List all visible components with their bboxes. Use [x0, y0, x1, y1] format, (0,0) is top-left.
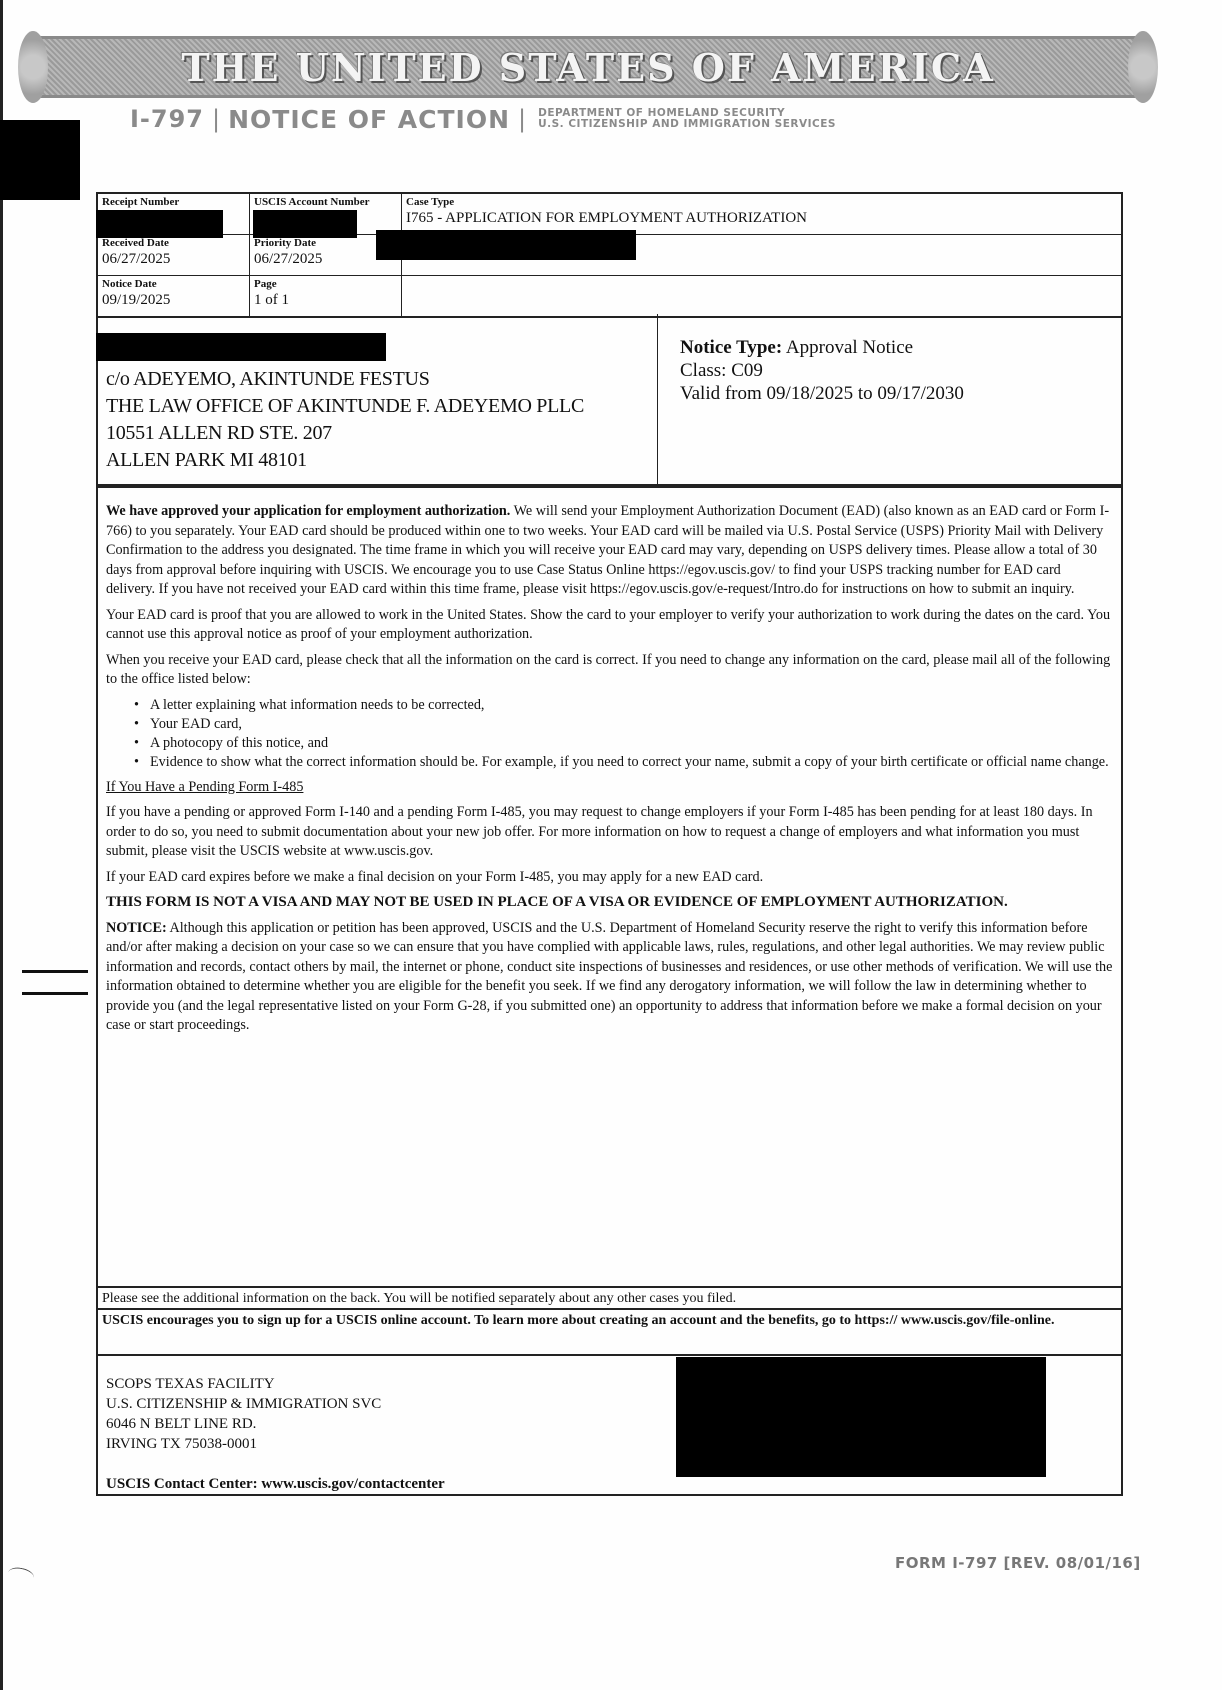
receipt-number-redaction — [96, 210, 223, 238]
not-a-visa-warning: THIS FORM IS NOT A VISA AND MAY NOT BE U… — [106, 893, 1113, 913]
department-line2: U.S. CITIZENSHIP AND IMMIGRATION SERVICE… — [538, 118, 836, 130]
header-banner: THE UNITED STATES OF AMERICA — [38, 36, 1138, 98]
list-item: A letter explaining what information nee… — [134, 696, 1113, 715]
recipient-name-redaction — [96, 333, 386, 361]
notice-text: Although this application or petition ha… — [106, 920, 1112, 1034]
notice-type-label: Notice Type: — [680, 337, 782, 358]
barcode-redaction — [676, 1357, 1046, 1477]
approval-lead: We have approved your application for em… — [106, 503, 510, 519]
received-date-cell: Received Date 06/27/2025 — [98, 235, 250, 275]
approval-paragraph: We have approved your application for em… — [106, 502, 1113, 600]
notice-date-cell: Notice Date 09/19/2025 — [98, 276, 250, 316]
notice-summary: Notice Type: Approval Notice Class: C09 … — [658, 314, 1121, 484]
correction-paragraph: When you receive your EAD card, please c… — [106, 651, 1113, 690]
page-value: 1 of 1 — [254, 291, 397, 310]
margin-mark — [22, 970, 88, 973]
form-title-row: I-797 | NOTICE OF ACTION | DEPARTMENT OF… — [130, 104, 836, 134]
address-line: c/o ADEYEMO, AKINTUNDE FESTUS — [106, 366, 657, 393]
verification-notice: NOTICE: Although this application or pet… — [106, 919, 1113, 1036]
online-account-strip: USCIS encourages you to sign up for a US… — [96, 1310, 1123, 1356]
scan-mark — [7, 1565, 35, 1584]
notice-label: NOTICE: — [106, 920, 167, 936]
case-type-cell: Case Type I765 - APPLICATION FOR EMPLOYM… — [402, 194, 1121, 234]
form-title: NOTICE OF ACTION — [228, 105, 510, 134]
pending-i485-paragraph: If you have a pending or approved Form I… — [106, 803, 1113, 862]
case-type-value: I765 - APPLICATION FOR EMPLOYMENT AUTHOR… — [406, 209, 1117, 228]
list-item: A photocopy of this notice, and — [134, 734, 1113, 753]
case-type-label: Case Type — [406, 196, 1117, 209]
address-line: 10551 ALLEN RD STE. 207 — [106, 420, 657, 447]
info-row: Notice Date 09/19/2025 Page 1 of 1 — [98, 276, 1121, 316]
notice-type-value: Approval Notice — [786, 337, 913, 358]
redaction-block — [0, 120, 80, 200]
title-separator: | — [212, 105, 220, 133]
page-label: Page — [254, 278, 397, 291]
form-number: I-797 — [130, 105, 204, 133]
receipt-number-label: Receipt Number — [102, 196, 245, 209]
title-separator: | — [518, 105, 526, 133]
applicant-redaction — [442, 230, 636, 244]
notice-date-label: Notice Date — [102, 278, 245, 291]
margin-mark — [22, 992, 88, 995]
correction-list: A letter explaining what information nee… — [134, 696, 1113, 772]
additional-info-strip: Please see the additional information on… — [96, 1288, 1123, 1310]
ead-proof-paragraph: Your EAD card is proof that you are allo… — [106, 606, 1113, 645]
address-line: ALLEN PARK MI 48101 — [106, 447, 657, 474]
banner-text: THE UNITED STATES OF AMERICA — [181, 45, 994, 90]
received-date-label: Received Date — [102, 237, 245, 250]
scan-edge — [0, 0, 3, 1690]
notice-class: Class: C09 — [680, 359, 1121, 382]
notice-type: Notice Type: Approval Notice — [680, 336, 1121, 359]
department-name: DEPARTMENT OF HOMELAND SECURITY U.S. CIT… — [538, 108, 836, 130]
ead-expiry-paragraph: If your EAD card expires before we make … — [106, 868, 1113, 888]
notice-date-value: 09/19/2025 — [102, 291, 245, 310]
notice-validity: Valid from 09/18/2025 to 09/17/2030 — [680, 382, 1121, 405]
account-number-label: USCIS Account Number — [254, 196, 397, 209]
empty-cell — [402, 276, 1121, 316]
info-row: Receipt Number USCIS Account Number Case… — [98, 194, 1121, 235]
pending-i485-heading: If You Have a Pending Form I-485 — [106, 778, 1113, 798]
contact-center: USCIS Contact Center: www.uscis.gov/cont… — [106, 1474, 1121, 1494]
notice-body: We have approved your application for em… — [96, 486, 1123, 1288]
page-cell: Page 1 of 1 — [250, 276, 402, 316]
list-item: Your EAD card, — [134, 715, 1113, 734]
account-number-redaction — [253, 210, 357, 238]
address-line: THE LAW OFFICE OF AKINTUNDE F. ADEYEMO P… — [106, 393, 657, 420]
list-item: Evidence to show what the correct inform… — [134, 753, 1113, 772]
form-revision-footer: FORM I-797 [REV. 08/01/16] — [895, 1554, 1141, 1572]
received-date-value: 06/27/2025 — [102, 250, 245, 269]
